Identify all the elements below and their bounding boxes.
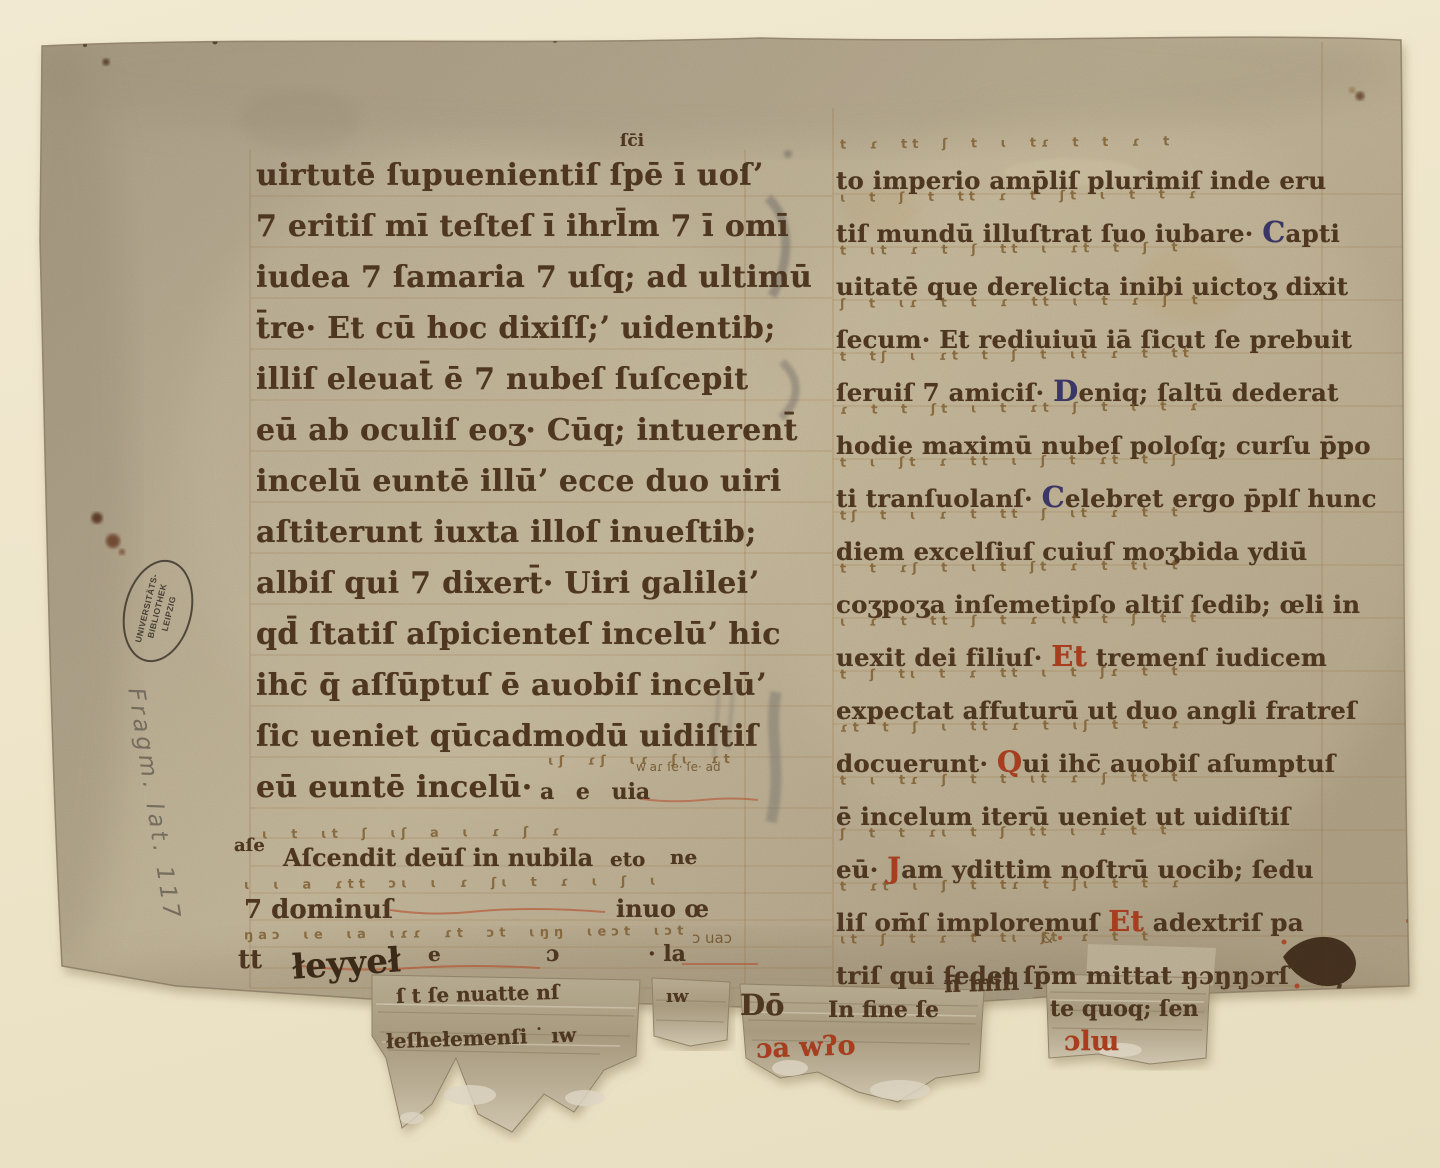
chant-syllable: eto	[610, 847, 645, 871]
chant-incipit: a e uia	[540, 779, 650, 805]
chant-prefix: aſe	[234, 835, 265, 856]
manuscript-line: iudea 7 ſamaria 7 uſq; ad ultimū	[256, 260, 812, 295]
neume-row: ɩ ɾ t tt ʃ t ɾ ɩt t ʃ t t	[840, 611, 1201, 630]
fragment-text: ıw	[666, 986, 688, 1007]
neume-row: tʃ t ɩ ɾ t tt ʃ ɩt ɾ t t	[840, 505, 1183, 524]
neume-row: t ɩt ɾ t ʃ tt ɩ ɾt t ʃ t	[840, 240, 1183, 259]
neume-row: ɾ t t ʃt ɩ t ɾt ʃ t ɩ t ɾ	[840, 399, 1203, 418]
chant-syllable: · la	[648, 941, 686, 967]
manuscript-line: aſtiterunt iuxta illoſ inueſtib;	[256, 515, 757, 550]
manuscript-line: uirtutē ſupuenientiſ ſpē ī uoſʼ	[256, 158, 763, 193]
neume-row: ɩ t ɩt ʃ ɩʃ a ɩ ɾ ʃ ɾ	[262, 824, 565, 842]
manuscript-line: illiſ eleuat̄ ē 7 nubeſ ſuſcepit	[256, 362, 748, 397]
neume-row: t ɩ ʃt ɾ tt ɩ ʃ t ɾt t ʃ	[840, 452, 1182, 471]
fragment-text: te quoq; ſen	[1050, 996, 1199, 1022]
line-text: apti	[1286, 219, 1340, 248]
neume-row: ŋaɔ ɩe ɩa ɩɾɾ ɾt ɔt ɩŋŋ ɩeɔt ɩɔt	[244, 924, 689, 944]
neume-row: t ɾt ɩ ʃ t tɾ t ʃɩ t t ɾ	[840, 876, 1184, 895]
interlinear-gloss: w aɾ ſe· ſe· ad	[636, 760, 721, 774]
superscript-sci: ſc̄i	[620, 131, 644, 151]
chant-line: 7 dominuſ	[244, 895, 393, 925]
neume-row: ʃ t ɩɾ t t ɾ tt ɩ t ɾ ʃ t	[840, 293, 1203, 312]
neume-row: ɩ ɩ a ɾtt ɔɩ ɩ ɾ ʃɩ t ɾ ɩ ʃ ɩ	[244, 874, 661, 893]
manuscript-line: 7 eritiſ mī teſteſ ī ihrl̄m 7 ī omī	[256, 209, 789, 244]
neume-row: ɾt t ʃ ɩ tt ɾ t ɩʃ t t ɾ	[840, 717, 1184, 736]
neume-row: t ɾ tt ʃ t ɩ tɾ t t ɾ t	[840, 134, 1174, 153]
line-text: adextriſ pa	[1144, 908, 1304, 937]
chant-syllable: inuo œ	[616, 894, 709, 923]
manuscript-line: eū euntē incelū·	[256, 770, 532, 805]
chant-syllable: e	[428, 942, 441, 966]
chant-syllable: ɔ	[546, 941, 559, 967]
colored-initial: C	[1262, 215, 1285, 249]
fragment-text: In fine ſe	[828, 997, 939, 1023]
neume-row: ɩ t ʃ t tt ɾ t ʃt ɩ t t ɾ	[840, 187, 1201, 206]
chant-syllable: ne	[670, 845, 697, 869]
neume-row: ʃ t t ɾɩ t ʃ tt ɩ ɾ t t	[840, 823, 1172, 841]
shelfmark-note: Fragm. lat. 117	[122, 686, 185, 924]
fragment-text: Dō	[740, 988, 785, 1022]
overlapped-text: łeyyeł	[291, 940, 402, 988]
fragment-text: n̄ mill	[944, 969, 1020, 999]
neume-row: t t ɾʃ t ɩ t ʃt ɾ t tɩ t	[840, 558, 1183, 577]
manuscript-line: eū ab oculiſ eoʒ· Cūq; intuerent̄	[256, 413, 798, 448]
neume-row: t ɩ tɾ ʃ t t ɩt ɾ ʃ tt t	[840, 770, 1183, 789]
neume-row: ɩt ʃ t ɾ t tɩ ʃt ɾ t t	[840, 929, 1153, 947]
fragment-text: ſ t ſe nuatte nſ	[396, 980, 560, 1008]
manuscript-photo: UNIVERSITÄTS- BIBLIOTHEK LEIPZIG Fragm. …	[0, 0, 1440, 1168]
manuscript-line: incelū euntē illūʼ ecce duo uiri	[256, 464, 782, 499]
manuscript-line: qd̄ ſtatiſ aſpicienteſ incelūʼ hic	[256, 617, 781, 652]
neume-row: t ʃ tɩ t ɾ tt ɩ t ʃɾ t t	[840, 664, 1183, 683]
fragment-rubric: ɔa wʔo	[755, 1030, 855, 1064]
interlinear-gloss: &	[1042, 931, 1053, 947]
fragment-rubric: ɔlɯ	[1064, 1026, 1119, 1057]
chant-syllable: tt	[238, 945, 262, 975]
manuscript-line: albiſ qui 7 dixert̄· Uiri galileiʼ	[256, 566, 759, 601]
neume-row: t tʃ ɩ ɾt t ʃ t ɩt ɾ t tt	[840, 346, 1194, 365]
manuscript-line: ſic ueniet qūcadmodū uidiſtiſ	[256, 719, 758, 754]
manuscript-line: t̄re· Et cū hoc dixiſſ;ʼ uidentib;	[256, 311, 776, 346]
line-text: triſ qui ſedet ſp̄m mittat ŋɔŋŋɔrſ	[836, 961, 1289, 990]
fragment-text: łeſhełemenſi ˙ ıw	[386, 1023, 577, 1054]
manuscript-line: triſ qui ſedet ſp̄m mittat ŋɔŋŋɔrſ	[836, 957, 1289, 991]
chant-syllable: ɔ uaɔ	[692, 929, 732, 947]
chant-line: Aſcendit deūſ in nubila	[283, 843, 593, 872]
manuscript-line: ihc̄ q̄ aſſūptuſ ē auobiſ incelūʼ	[256, 668, 766, 703]
library-stamp: UNIVERSITÄTS- BIBLIOTHEK LEIPZIG	[112, 552, 203, 669]
